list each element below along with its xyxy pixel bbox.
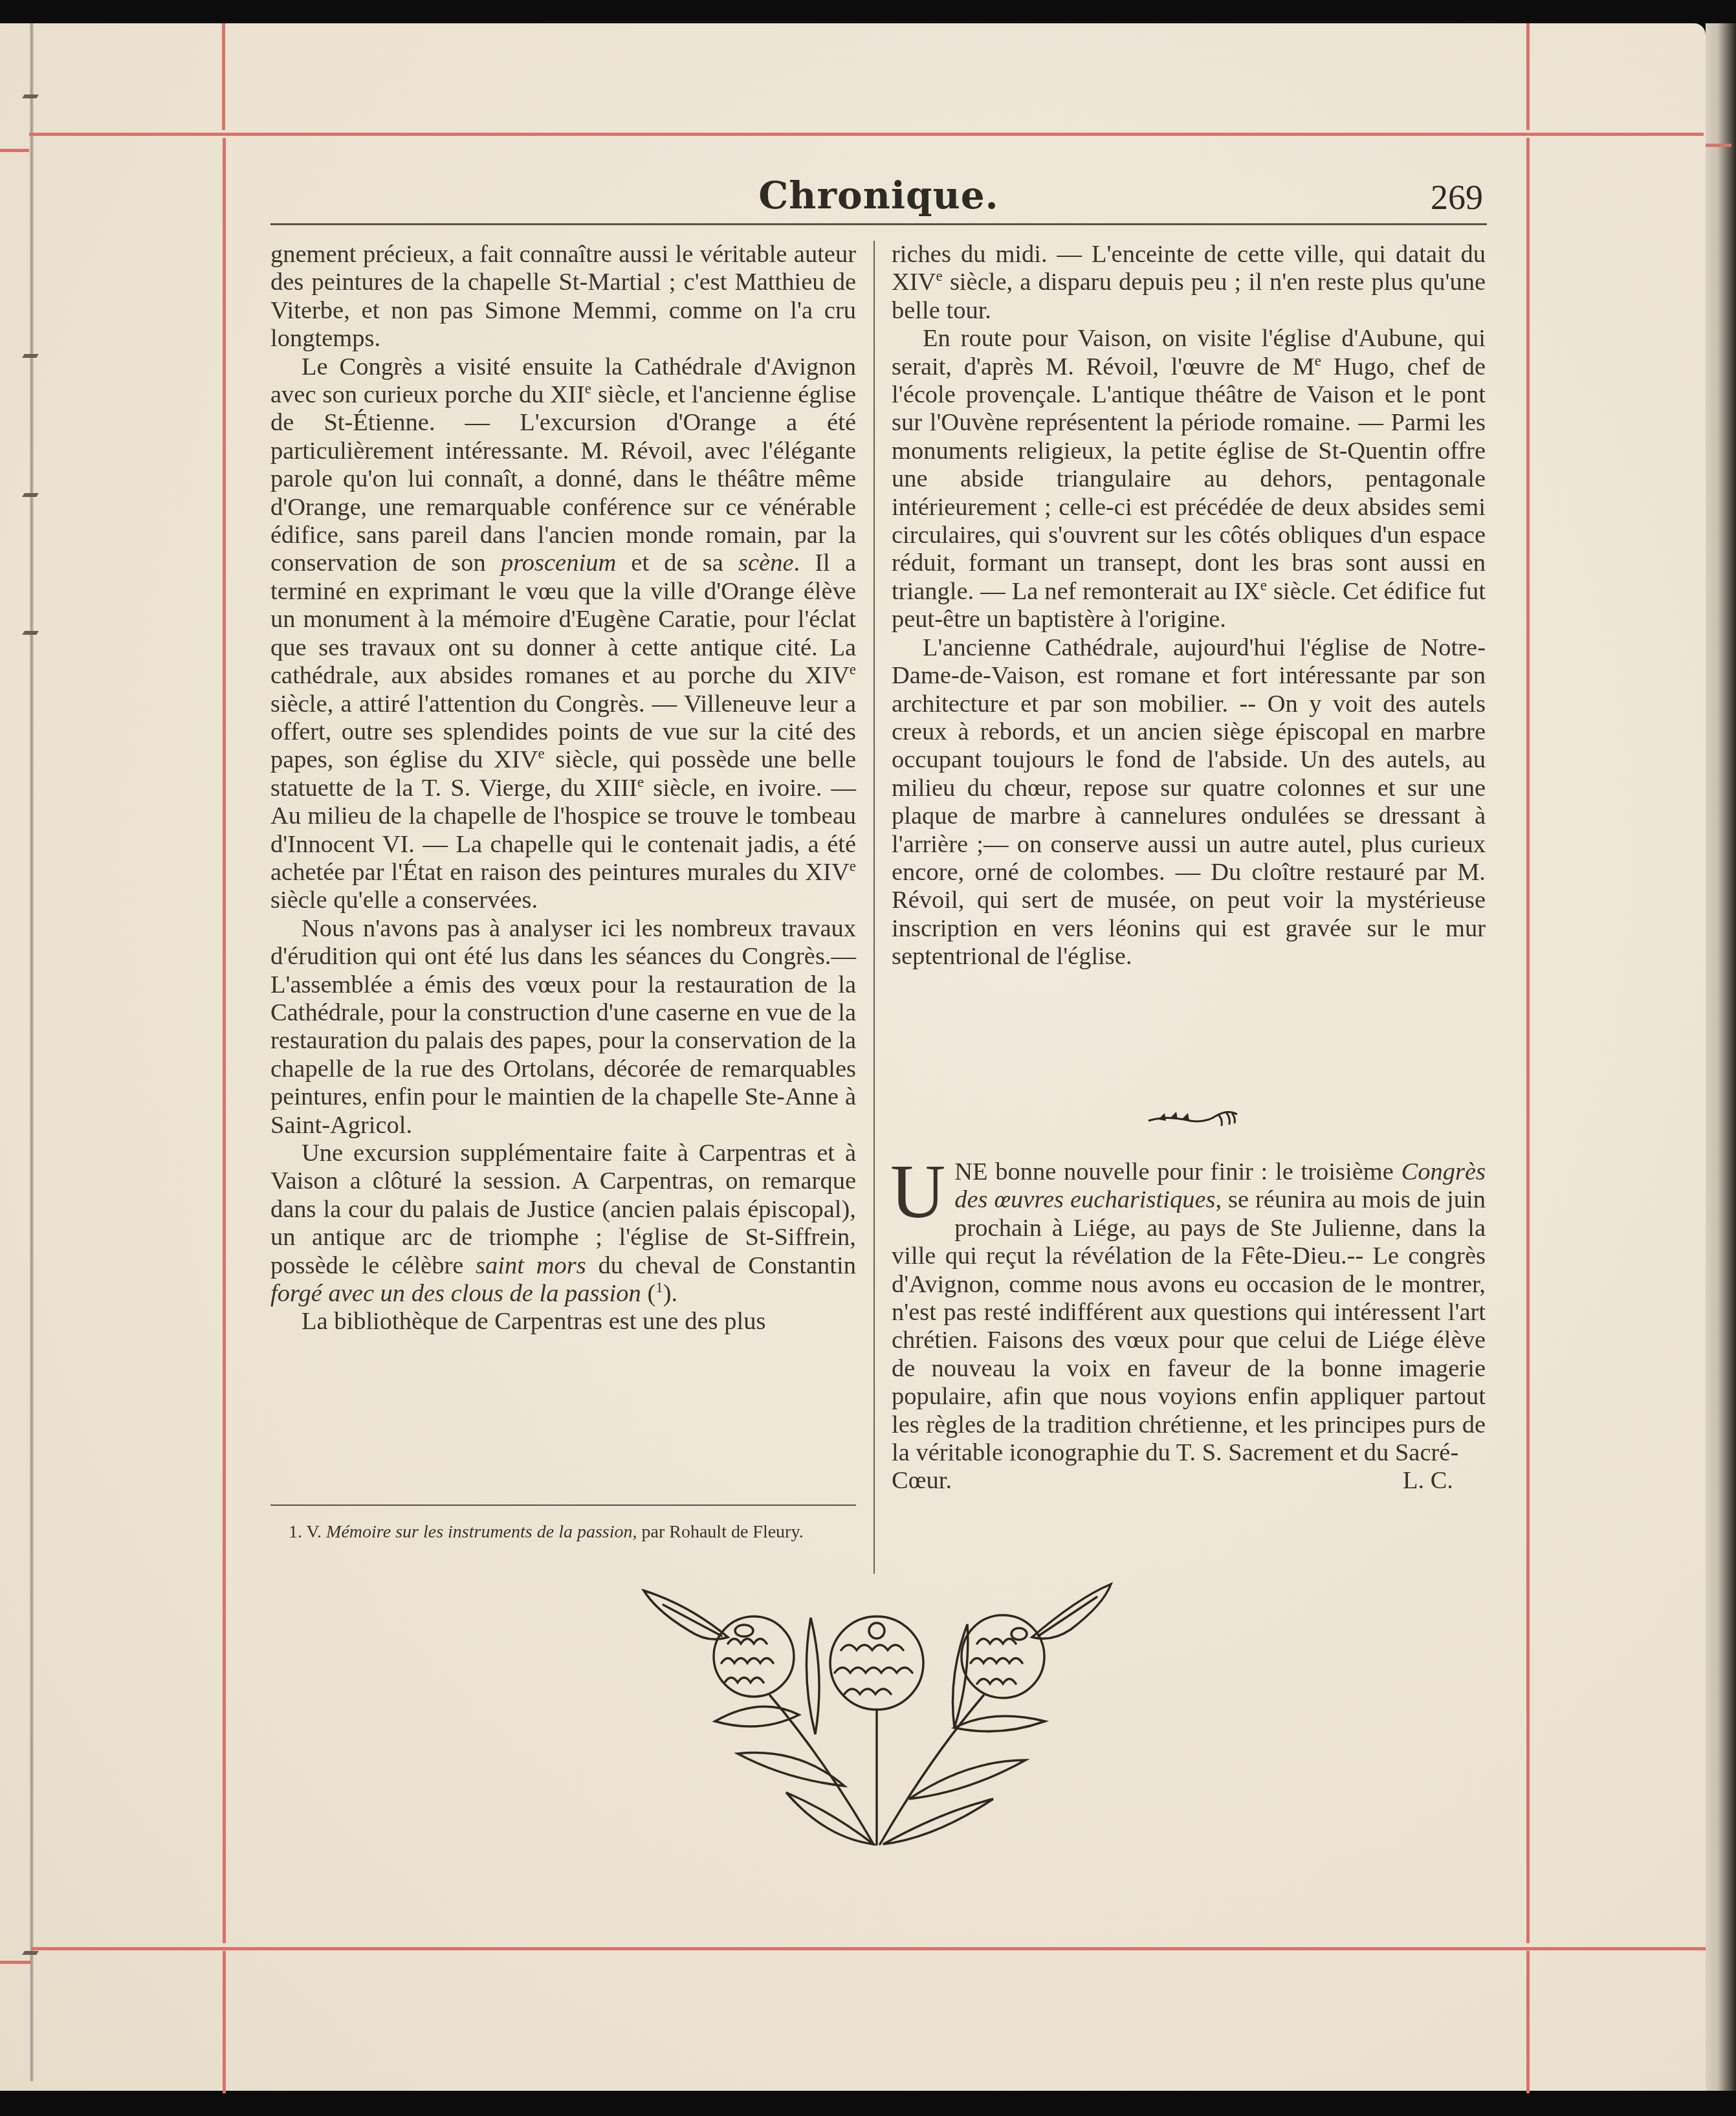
right-column: riches du midi. — L'enceinte de cette vi… (892, 241, 1486, 971)
paragraph: Une excursion supplémentaire faite à Car… (270, 1140, 856, 1308)
red-rule-right (1526, 138, 1530, 1943)
paragraph: riches du midi. — L'enceinte de cette vi… (892, 241, 1486, 325)
page-stack-edge (1706, 23, 1736, 2091)
red-rule-right-bottom (1526, 1951, 1530, 2093)
three-flowers-ornament-icon (631, 1566, 1123, 1851)
red-rule-left-bottom (223, 1951, 226, 2093)
binding-thread-mark (22, 493, 38, 497)
signature-line: Cœur. L. C. (892, 1467, 1486, 1495)
red-rule-top-prev-page (0, 149, 29, 152)
paragraph: Le Congrès a visité ensuite la Cathédral… (270, 353, 856, 915)
paragraph: En route pour Vaison, on visite l'église… (892, 325, 1486, 634)
binding-thread-mark (22, 631, 38, 635)
red-rule-right-top (1526, 23, 1530, 130)
closing-note: U NE bonne nouvelle pour finir : le troi… (892, 1158, 1486, 1495)
red-rule-bottom (31, 1947, 1706, 1950)
leaf-fleuron-icon (1145, 1107, 1242, 1130)
binding-thread-mark (22, 1951, 38, 1955)
running-header: Chronique. 269 (270, 173, 1487, 225)
drop-cap: U (890, 1162, 945, 1222)
footnote-ref: 1 (655, 1279, 663, 1295)
paragraph: L'ancienne Cathédrale, aujourd'hui l'égl… (892, 634, 1486, 971)
running-title: Chronique. (270, 173, 1487, 217)
binding-thread-mark (22, 94, 38, 98)
red-rule-top (29, 133, 1704, 136)
signature: L. C. (1403, 1467, 1453, 1495)
page-number: 269 (1431, 177, 1483, 217)
red-rule-left (223, 138, 226, 1943)
column-divider (873, 241, 875, 1574)
red-rule-bottom-prev-page (0, 1961, 31, 1964)
footnote: 1. V. Mémoire sur les instruments de la … (270, 1522, 856, 1543)
paragraph: Nous n'avons pas à analyser ici les nomb… (270, 915, 856, 1140)
paragraph: gnement précieux, a fait connaître aussi… (270, 241, 856, 353)
binding-thread-mark (22, 354, 38, 358)
header-rule (270, 223, 1487, 225)
red-rule-top-next-edge (1706, 144, 1731, 147)
page-gutter-fold (30, 23, 34, 2081)
left-column: gnement précieux, a fait connaître aussi… (270, 241, 856, 1336)
paragraph: La bibliothèque de Carpentras est une de… (270, 1308, 856, 1336)
footnote-rule (270, 1504, 856, 1506)
red-rule-left-top (222, 23, 225, 130)
